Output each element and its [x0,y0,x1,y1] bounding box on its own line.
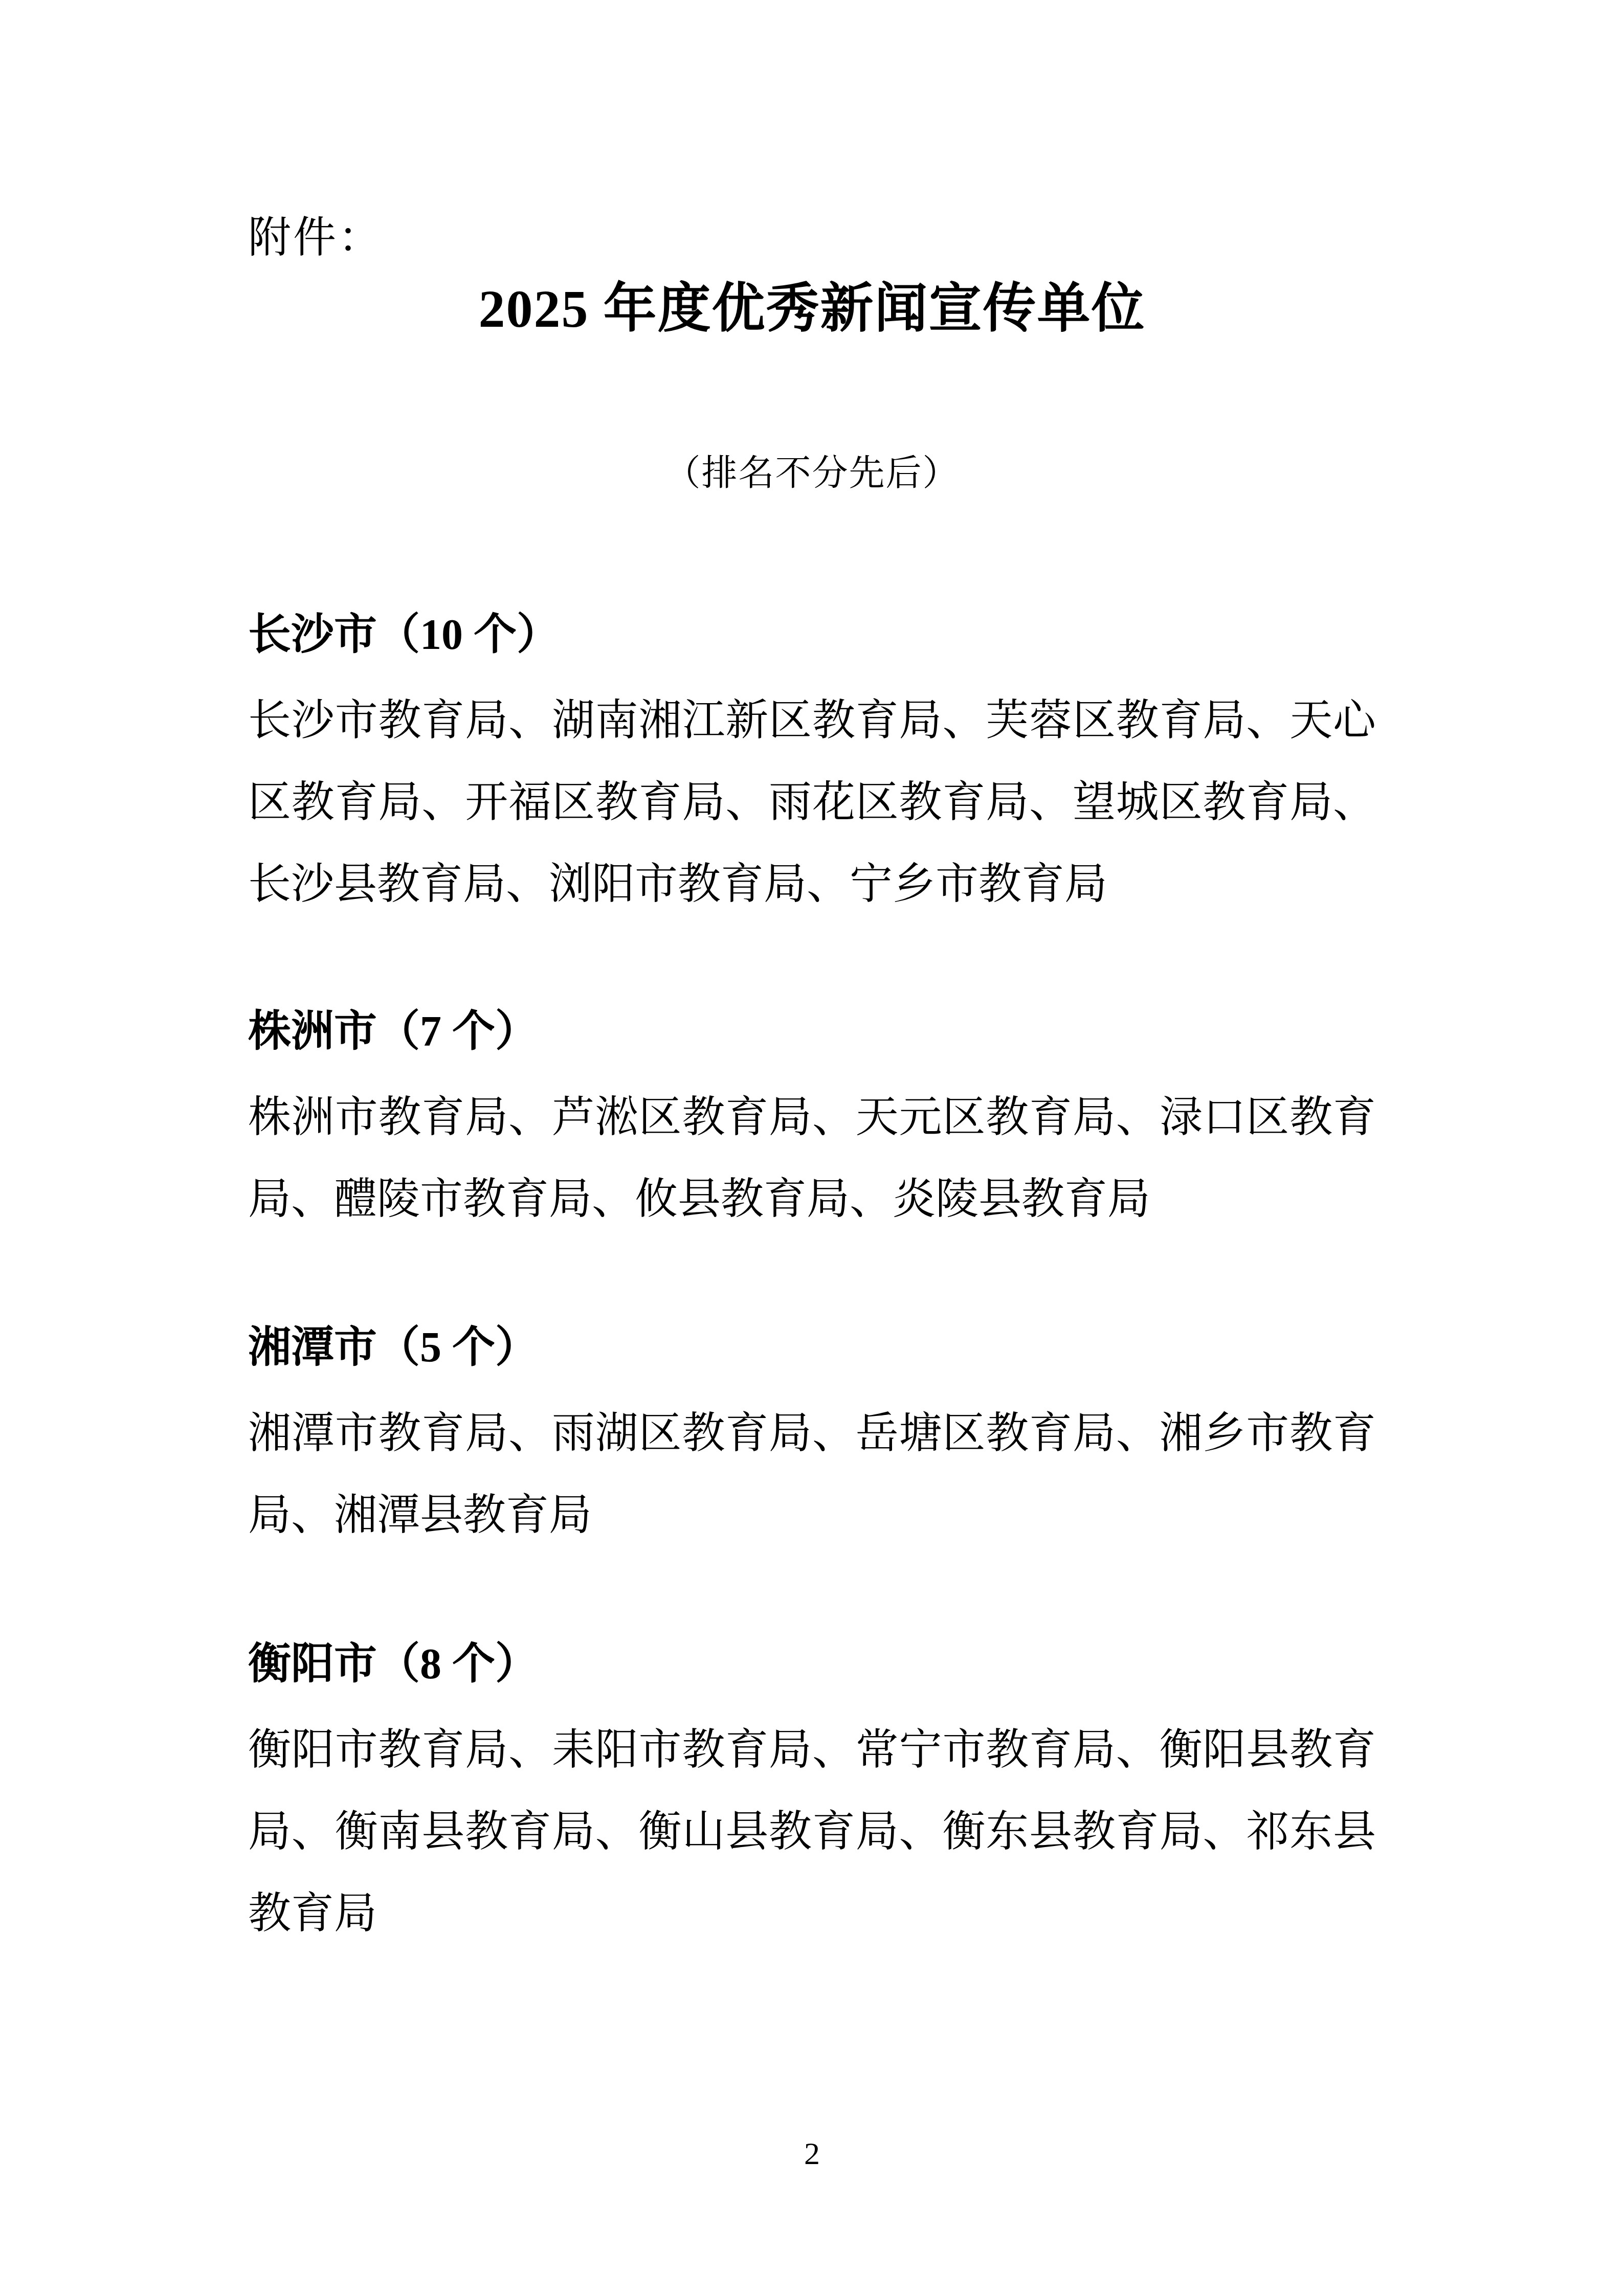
section-heading-xiangtan: 湘潭市（5 个） [248,1326,1376,1369]
section-zhuzhou: 株洲市（7 个） 株洲市教育局、芦淞区教育局、天元区教育局、渌口区教育局、醴陵市… [248,1010,1376,1241]
document-title: 2025 年度优秀新闻宣传单位 [0,280,1624,339]
section-heading-zhuzhou: 株洲市（7 个） [248,1010,1376,1053]
section-xiangtan: 湘潭市（5 个） 湘潭市教育局、雨湖区教育局、岳塘区教育局、湘乡市教育局、湘潭县… [248,1326,1376,1557]
section-changsha: 长沙市（10 个） 长沙市教育局、湖南湘江新区教育局、芙蓉区教育局、天心区教育局… [248,614,1376,926]
section-heading-changsha: 长沙市（10 个） [248,614,1376,657]
document-subtitle: （排名不分先后） [0,454,1624,493]
section-heading-hengyang: 衡阳市（8 个） [248,1643,1376,1686]
section-hengyang: 衡阳市（8 个） 衡阳市教育局、耒阳市教育局、常宁市教育局、衡阳县教育局、衡南县… [248,1643,1376,1955]
section-body-changsha: 长沙市教育局、湖南湘江新区教育局、芙蓉区教育局、天心区教育局、开福区教育局、雨花… [248,680,1376,926]
page-number: 2 [0,2136,1624,2171]
section-body-zhuzhou: 株洲市教育局、芦淞区教育局、天元区教育局、渌口区教育局、醴陵市教育局、攸县教育局… [248,1077,1376,1241]
section-body-xiangtan: 湘潭市教育局、雨湖区教育局、岳塘区教育局、湘乡市教育局、湘潭县教育局 [248,1393,1376,1557]
document-page: 附件： 2025 年度优秀新闻宣传单位 （排名不分先后） 长沙市（10 个） 长… [0,0,1624,2296]
section-body-hengyang: 衡阳市教育局、耒阳市教育局、常宁市教育局、衡阳县教育局、衡南县教育局、衡山县教育… [248,1709,1376,1955]
attachment-label: 附件： [248,215,383,262]
